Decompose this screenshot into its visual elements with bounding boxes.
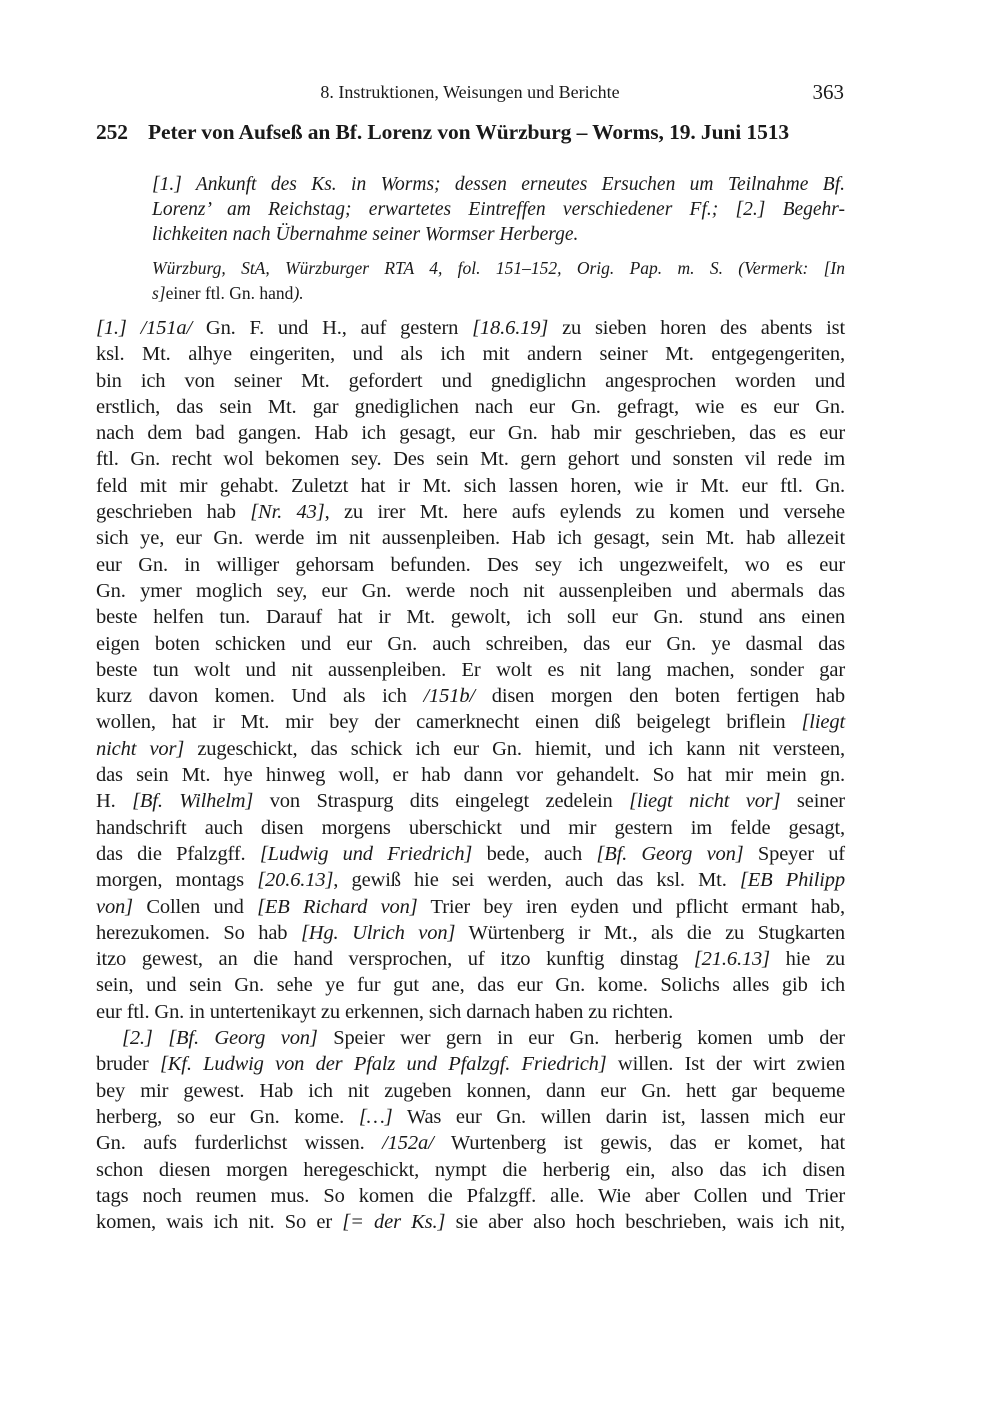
text-segment: beste tun wolt und nit aussenpleiben. Er… [96,659,845,681]
text-segment: Würtenberg ir Mt., als die zu Stugkarten [455,922,845,944]
body-line: herberg, so eur Gn. kome. […] Was eur Gn… [96,1104,845,1130]
text-segment: das sein Mt. hye hinweg woll, er hab dan… [96,764,845,786]
editorial-annotation: [2.] [Bf. Georg von] [122,1027,318,1049]
text-segment: , gewiß hie sei werden, auch das ksl. Mt… [333,869,740,891]
body-line: komen, wais ich nit. So er [= der Ks.] s… [96,1209,845,1235]
text-segment: Was eur Gn. willen darin ist, lassen mic… [393,1106,845,1128]
editorial-annotation: [liegt nicht vor] [629,790,780,812]
body-line: beste helfen tun. Darauf hat ir Mt. gewo… [96,604,845,630]
body-line: ftl. Gn. recht wol bekomen sey. Des sein… [96,446,845,472]
source-line: Würzburg, StA, Würzburger RTA 4, fol. 15… [152,256,845,281]
regest-line: [1.] Ankunft des Ks. in Worms; dessen er… [152,172,845,197]
text-segment: bede, auch [472,843,596,865]
text-segment: sein, und sein Gn. sehe ye fur gut ane, … [96,974,845,996]
body-line: eigen boten schicken und eur Gn. auch sc… [96,631,845,657]
body-line: [2.] [Bf. Georg von] Speier wer gern in … [96,1025,845,1051]
body-line: H. [Bf. Wilhelm] von Straspurg dits eing… [96,788,845,814]
text-segment: beste helfen tun. Darauf hat ir Mt. gewo… [96,606,845,628]
text-segment: disen morgen den boten fertigen hab [475,685,845,707]
text-segment: itzo gewest, an die hand versprochen, uf… [96,948,694,970]
source-closing: ). [293,283,303,303]
body-line: tags noch reumen mus. So komen die Pfalz… [96,1183,845,1209]
editorial-annotation: [= der Ks.] [342,1211,445,1233]
body-line: beste tun wolt und nit aussenpleiben. Er… [96,657,845,683]
editorial-annotation: [18.6.19] [472,317,548,339]
text-segment: ftl. Gn. recht wol bekomen sey. Des sein… [96,448,845,470]
text-segment: von Straspurg dits eingelegt zedelein [253,790,629,812]
text-segment: hie zu [770,948,845,970]
body-text: [1.] /151a/ Gn. F. und H., auf gestern [… [96,315,845,1235]
text-segment: geschrieben hab [96,501,250,523]
text-segment: schon diesen morgen heregeschickt, nympt… [96,1159,845,1181]
editorial-annotation: /152a/ [382,1132,434,1154]
text-segment: herberg, so eur Gn. kome. [96,1106,359,1128]
editorial-annotation: [Hg. Ulrich von] [301,922,455,944]
body-line: das die Pfalzgff. [Ludwig und Friedrich]… [96,841,845,867]
text-segment: sich ye, eur Gn. werde im nit aussenplei… [96,527,845,549]
text-segment: Speier wer gern in eur Gn. herberig kome… [318,1027,845,1049]
body-line: schon diesen morgen heregeschickt, nympt… [96,1157,845,1183]
text-segment: Speyer uf [744,843,845,865]
text-segment: herezukomen. So hab [96,922,301,944]
body-line: geschrieben hab [Nr. 43], zu irer Mt. he… [96,499,845,525]
body-line: bin ich von seiner Mt. gefordert und gne… [96,368,845,394]
editorial-annotation: [20.6.13] [257,869,333,891]
text-segment: kurz davon komen. Und als ich [96,685,423,707]
text-segment: , zu irer Mt. here aufs eylends zu komen… [325,501,845,523]
body-line: das sein Mt. hye hinweg woll, er hab dan… [96,762,845,788]
body-line: Gn. ymer moglich sey, eur Gn. werde noch… [96,578,845,604]
text-segment: Trier bey iren eyden und pflicht ermant … [418,896,845,918]
text-segment: eur ftl. Gn. in untertenikayt zu erkenne… [96,1001,673,1023]
body-line: sein, und sein Gn. sehe ye fur gut ane, … [96,972,845,998]
text-segment: Gn. ymer moglich sey, eur Gn. werde noch… [96,580,845,602]
text-segment: Collen und [133,896,257,918]
text-segment: tags noch reumen mus. So komen die Pfalz… [96,1185,845,1207]
source-line: s]einer ftl. Gn. hand). [152,281,845,306]
body-line: handschrift auch disen morgens uberschic… [96,815,845,841]
editorial-annotation: nicht vor] [96,738,184,760]
running-title: 8. Instruktionen, Weisungen und Berichte [96,82,844,103]
text-segment: ksl. Mt. alhye eingeriten, und als ich m… [96,343,845,365]
editorial-annotation: [Bf. Wilhelm] [132,790,253,812]
regest: [1.] Ankunft des Ks. in Worms; dessen er… [152,172,845,247]
document-page: 8. Instruktionen, Weisungen und Berichte… [0,0,1004,1418]
editorial-annotation: [Nr. 43] [250,501,324,523]
editorial-annotation: [Kf. Ludwig von der Pfalz und Pfalzgf. F… [160,1053,607,1075]
running-head: 8. Instruktionen, Weisungen und Berichte… [96,80,844,106]
text-segment: bin ich von seiner Mt. gefordert und gne… [96,370,845,392]
document-number: 252 [96,120,148,145]
text-segment: willen. Ist der wirt zwien [607,1053,845,1075]
body-line: bruder [Kf. Ludwig von der Pfalz und Pfa… [96,1051,845,1077]
text-segment: feld mit mir gehabt. Zuletzt hat ir Mt. … [96,475,845,497]
source-bracket: s] [152,283,166,303]
page-number: 363 [813,80,845,105]
document-title: Peter von Aufseß an Bf. Lorenz von Würzb… [148,120,789,144]
body-line: Gn. aufs furderlichst wissen. /152a/ Wur… [96,1130,845,1156]
text-segment: H. [96,790,132,812]
body-line: nach dem bad gangen. Hab ich gesagt, eur… [96,420,845,446]
body-line: eur Gn. in williger gehorsam befunden. D… [96,552,845,578]
text-segment: handschrift auch disen morgens uberschic… [96,817,845,839]
text-segment: nach dem bad gangen. Hab ich gesagt, eur… [96,422,845,444]
text-segment: das die Pfalzgff. [96,843,260,865]
document-heading: 252Peter von Aufseß an Bf. Lorenz von Wü… [96,120,848,145]
body-line: eur ftl. Gn. in untertenikayt zu erkenne… [96,999,845,1025]
text-segment: wollen, hat ir Mt. mir bey der camerknec… [96,711,801,733]
editorial-annotation: /151b/ [423,685,475,707]
text-segment: seiner [780,790,845,812]
body-line: ksl. Mt. alhye eingeriten, und als ich m… [96,341,845,367]
body-line: bey mir gewest. Hab ich nit zugeben konn… [96,1078,845,1104]
body-line: wollen, hat ir Mt. mir bey der camerknec… [96,709,845,735]
body-line: itzo gewest, an die hand versprochen, uf… [96,946,845,972]
text-segment: komen, wais ich nit. So er [96,1211,342,1233]
body-line: morgen, montags [20.6.13], gewiß hie sei… [96,867,845,893]
text-segment: eigen boten schicken und eur Gn. auch sc… [96,633,845,655]
body-line: feld mit mir gehabt. Zuletzt hat ir Mt. … [96,473,845,499]
editorial-annotation: [21.6.13] [694,948,770,970]
text-segment: bruder [96,1053,160,1075]
editorial-annotation: […] [359,1106,393,1128]
body-line: sich ye, eur Gn. werde im nit aussenplei… [96,525,845,551]
text-segment: morgen, montags [96,869,257,891]
text-segment: zugeschickt, das schick ich eur Gn. hiem… [184,738,845,760]
editorial-annotation: von] [96,896,133,918]
text-segment: bey mir gewest. Hab ich nit zugeben konn… [96,1080,845,1102]
source-note: Würzburg, StA, Würzburger RTA 4, fol. 15… [152,256,845,306]
body-line: herezukomen. So hab [Hg. Ulrich von] Wür… [96,920,845,946]
editorial-annotation: [liegt [801,711,845,733]
body-line: nicht vor] zugeschickt, das schick ich e… [96,736,845,762]
editorial-annotation: [1.] /151a/ [96,317,192,339]
text-segment: eur Gn. in williger gehorsam befunden. D… [96,554,845,576]
regest-line: lichkeiten nach Übernahme seiner Wormser… [152,222,845,247]
text-segment: sie aber also hoch beschrieben, wais ich… [445,1211,845,1233]
text-segment: Wurtenberg ist gewis, das er komet, hat [434,1132,845,1154]
text-segment: Gn. F. und H., auf gestern [192,317,472,339]
body-line: von] Collen und [EB Richard von] Trier b… [96,894,845,920]
text-segment: Gn. aufs furderlichst wissen. [96,1132,382,1154]
editorial-annotation: [Ludwig und Friedrich] [260,843,472,865]
text-segment: erstlich, das sein Mt. gar gnediglichen … [96,396,845,418]
editorial-annotation: [EB Philipp [740,869,845,891]
source-note-text: einer ftl. Gn. hand [166,283,294,303]
editorial-annotation: [EB Richard von] [257,896,417,918]
editorial-annotation: [Bf. Georg von] [596,843,743,865]
text-segment: zu sieben horen des abents ist [548,317,845,339]
body-line: erstlich, das sein Mt. gar gnediglichen … [96,394,845,420]
body-line: [1.] /151a/ Gn. F. und H., auf gestern [… [96,315,845,341]
body-line: kurz davon komen. Und als ich /151b/ dis… [96,683,845,709]
regest-line: Lorenz’ am Reichstag; erwartetes Eintref… [152,197,845,222]
